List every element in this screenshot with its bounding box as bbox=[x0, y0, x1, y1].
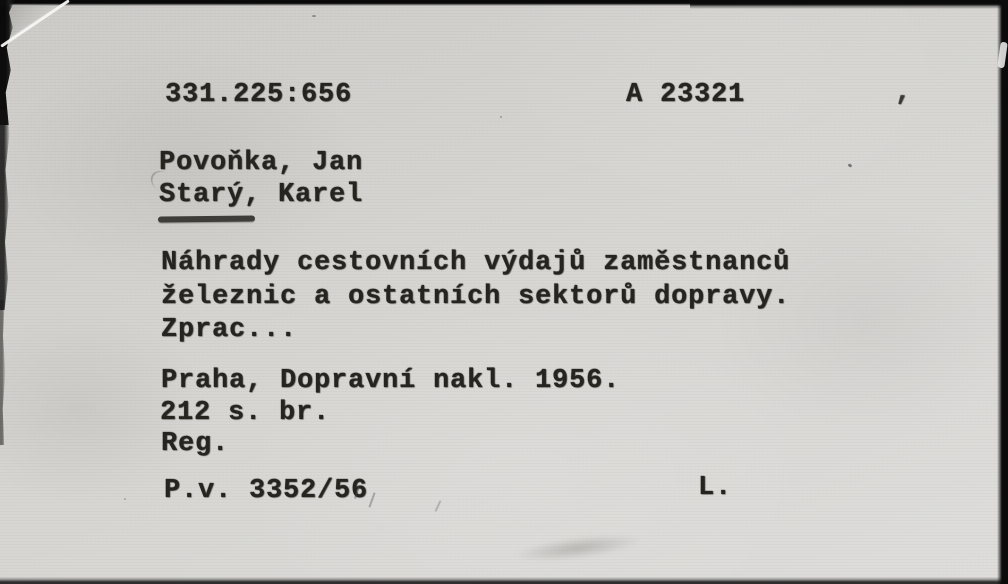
ink-smudge bbox=[511, 529, 645, 567]
author-underline bbox=[158, 215, 255, 222]
paper-speck bbox=[848, 163, 853, 168]
catalog-card-scan: 331.225:656 A 23321 , Povoňka, Jan Starý… bbox=[0, 0, 1008, 584]
paper-speck bbox=[124, 498, 126, 500]
scan-edge-left-mid bbox=[0, 110, 10, 310]
classification-number: 331.225:656 bbox=[165, 82, 352, 109]
author-line-1: Povoňka, Jan bbox=[159, 150, 363, 177]
accession-number: A 23321 bbox=[626, 82, 745, 109]
collation-line: 212 s. br. bbox=[160, 400, 330, 427]
scan-edge-right bbox=[997, 0, 1008, 584]
record-number: P.v. 3352/56 bbox=[164, 478, 368, 505]
scan-edge-left-lower bbox=[0, 300, 6, 445]
paper-speck bbox=[312, 15, 316, 17]
author-line-2: Starý, Karel bbox=[159, 182, 363, 209]
scan-edge-bottom bbox=[0, 577, 1008, 584]
cataloguer-initial: L. bbox=[698, 475, 732, 502]
note-line: Reg. bbox=[161, 431, 229, 458]
scan-edge-top-right bbox=[690, 0, 1008, 9]
imprint-line: Praha, Dopravní nakl. 1956. bbox=[161, 368, 620, 395]
paper-speck bbox=[500, 116, 502, 118]
title-line-1: Náhrady cestovních výdajů zaměstnanců bbox=[161, 250, 790, 277]
title-line-3: Zprac... bbox=[161, 317, 297, 344]
pen-mark bbox=[368, 492, 375, 508]
pen-mark bbox=[435, 500, 442, 512]
title-line-2: železnic a ostatních sektorů dopravy. bbox=[161, 284, 790, 311]
stray-comma-mark: , bbox=[895, 80, 912, 107]
